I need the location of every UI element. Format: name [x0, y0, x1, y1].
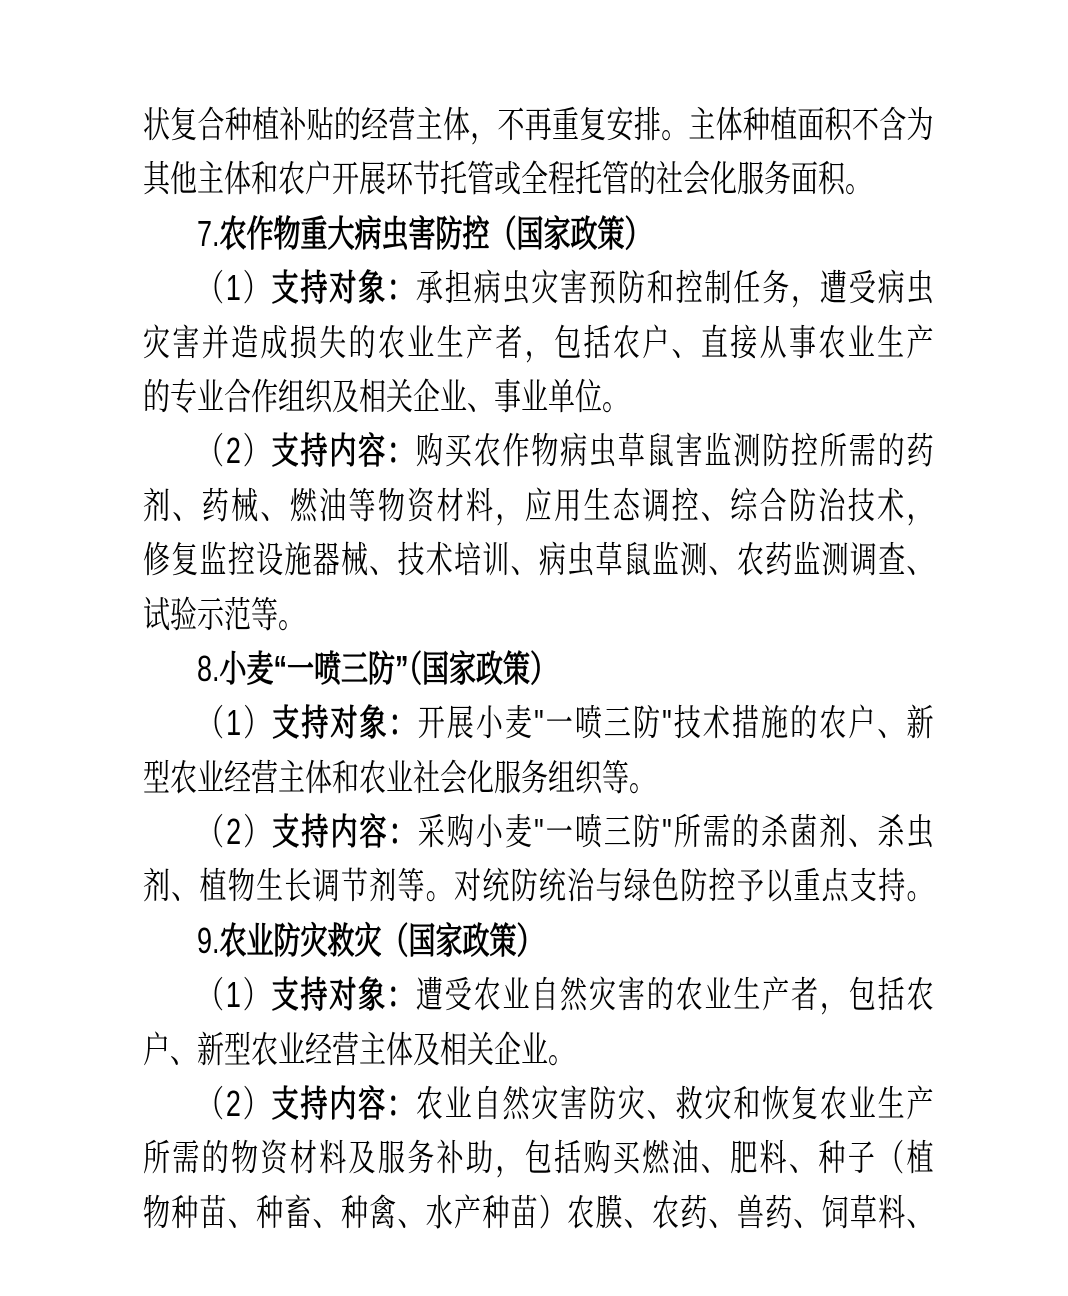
text-segment-bold: 支持内容： [272, 430, 416, 471]
text-segment: 购买农作物病虫草鼠害监测防控所需的药 [416, 430, 934, 471]
text-segment: 农业自然灾害防灾、救灾和恢复农业生产 [416, 1083, 934, 1124]
text-segment: 试验示范等。 [143, 594, 305, 635]
text-segment: （1） [197, 974, 272, 1015]
text-segment: 遭受农业自然灾害的农业生产者，包括农 [416, 974, 934, 1015]
text-segment: 7. [197, 213, 220, 254]
text-segment: 物种苗、种畜、种禽、水产种苗）农膜、农药、兽药、饲草料、 [143, 1192, 934, 1233]
text-segment: 的专业合作组织及相关企业、事业单位。 [143, 376, 629, 417]
text-segment: 开展小麦"一喷三防"技术措施的农户、新 [418, 702, 934, 743]
text-line: （2）支持内容：购买农作物病虫草鼠害监测防控所需的药 [143, 424, 934, 478]
text-line: （1）支持对象：遭受农业自然灾害的农业生产者，包括农 [143, 968, 934, 1022]
text-segment: （1） [197, 267, 272, 308]
text-line: 的专业合作组织及相关企业、事业单位。 [143, 370, 934, 424]
text-segment: 剂、植物生长调节剂等。对统防统治与绿色防控予以重点支持。 [143, 865, 934, 906]
text-segment: 9. [197, 920, 220, 961]
text-line: 型农业经营主体和农业社会化服务组织等。 [143, 751, 934, 805]
text-segment-bold: 农作物重大病虫害防控（国家政策） [220, 213, 652, 254]
document-page: 状复合种植补贴的经营主体，不再重复安排。主体种植面积不含为其他主体和农户开展环节… [0, 0, 1068, 1296]
text-segment: 承担病虫灾害预防和控制任务，遭受病虫 [416, 267, 934, 308]
text-segment: 状复合种植补贴的经营主体，不再重复安排。主体种植面积不含为 [143, 104, 934, 145]
text-segment-bold: 支持对象： [272, 702, 417, 743]
text-line: 所需的物资材料及服务补助，包括购买燃油、肥料、种子（植 [143, 1131, 934, 1185]
text-segment-bold: 小麦“一喷三防”（国家政策） [220, 648, 558, 689]
text-line: （2）支持内容：采购小麦"一喷三防"所需的杀菌剂、杀虫 [143, 805, 934, 859]
text-line: 剂、植物生长调节剂等。对统防统治与绿色防控予以重点支持。 [143, 859, 934, 913]
text-line: （1）支持对象：开展小麦"一喷三防"技术措施的农户、新 [143, 696, 934, 750]
text-segment: 所需的物资材料及服务补助，包括购买燃油、肥料、种子（植 [143, 1137, 934, 1178]
text-segment: （1） [197, 702, 272, 743]
text-line: 7.农作物重大病虫害防控（国家政策） [143, 207, 934, 261]
text-segment-bold: 支持内容： [272, 1083, 416, 1124]
text-line: 状复合种植补贴的经营主体，不再重复安排。主体种植面积不含为 [143, 98, 934, 152]
text-line: 试验示范等。 [143, 588, 934, 642]
text-segment-bold: 农业防灾救灾（国家政策） [220, 920, 544, 961]
text-line: 灾害并造成损失的农业生产者，包括农户、直接从事农业生产 [143, 316, 934, 370]
text-segment: 灾害并造成损失的农业生产者，包括农户、直接从事农业生产 [143, 322, 934, 363]
text-segment: 型农业经营主体和农业社会化服务组织等。 [143, 757, 656, 798]
text-segment: 户、新型农业经营主体及相关企业。 [143, 1029, 575, 1070]
text-segment: 采购小麦"一喷三防"所需的杀菌剂、杀虫 [418, 811, 934, 852]
text-line: 9.农业防灾救灾（国家政策） [143, 914, 934, 968]
text-segment: （2） [197, 1083, 272, 1124]
text-line: 剂、药械、燃油等物资材料，应用生态调控、综合防治技术， [143, 479, 934, 533]
text-segment: 其他主体和农户开展环节托管或全程托管的社会化服务面积。 [143, 158, 872, 199]
text-segment-bold: 支持对象： [272, 974, 416, 1015]
text-segment-bold: 支持对象： [272, 267, 416, 308]
text-segment: 修复监控设施器械、技术培训、病虫草鼠监测、农药监测调查、 [143, 539, 934, 580]
text-segment: 剂、药械、燃油等物资材料，应用生态调控、综合防治技术， [143, 485, 934, 526]
text-line: 修复监控设施器械、技术培训、病虫草鼠监测、农药监测调查、 [143, 533, 934, 587]
text-segment: （2） [197, 811, 272, 852]
text-line: （2）支持内容：农业自然灾害防灾、救灾和恢复农业生产 [143, 1077, 934, 1131]
text-line: （1）支持对象：承担病虫灾害预防和控制任务，遭受病虫 [143, 261, 934, 315]
text-segment-bold: 支持内容： [272, 811, 417, 852]
text-line: 8.小麦“一喷三防”（国家政策） [143, 642, 934, 696]
text-block: 状复合种植补贴的经营主体，不再重复安排。主体种植面积不含为其他主体和农户开展环节… [143, 98, 934, 1240]
text-segment: 8. [197, 648, 220, 689]
text-line: 物种苗、种畜、种禽、水产种苗）农膜、农药、兽药、饲草料、 [143, 1186, 934, 1240]
text-line: 户、新型农业经营主体及相关企业。 [143, 1023, 934, 1077]
text-segment: （2） [197, 430, 272, 471]
text-line: 其他主体和农户开展环节托管或全程托管的社会化服务面积。 [143, 152, 934, 206]
